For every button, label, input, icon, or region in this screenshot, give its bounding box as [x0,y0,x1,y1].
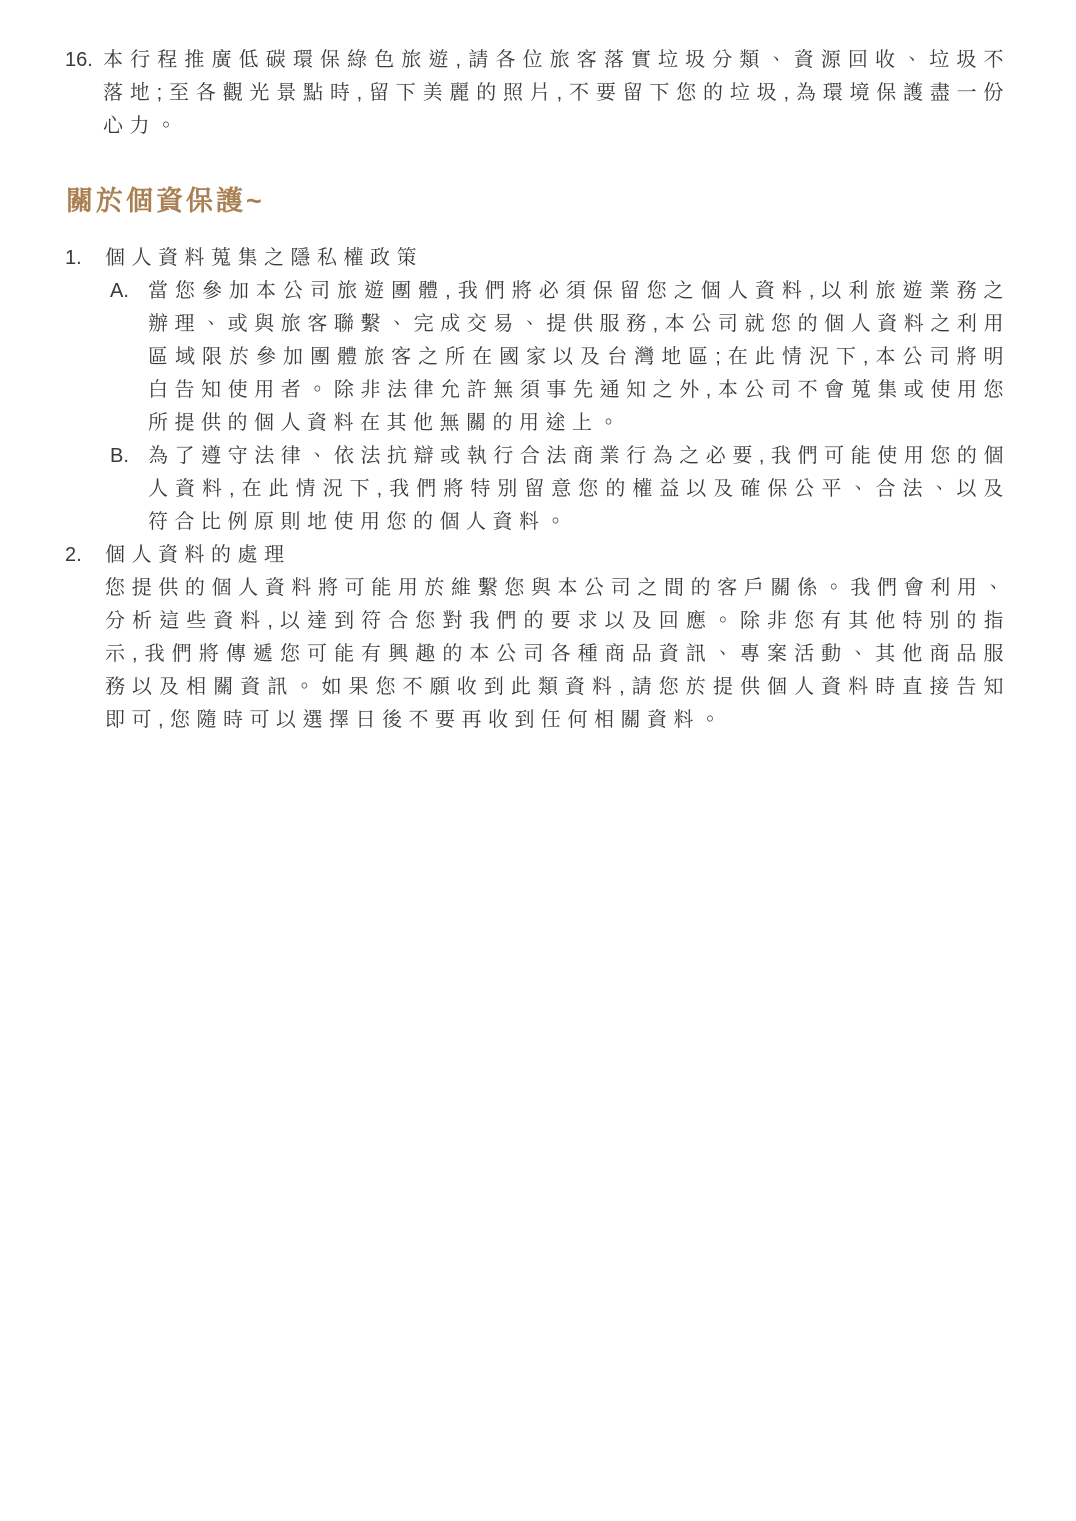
notice-item-number: 16. [65,44,103,77]
privacy-item-body: 您提供的個人資料將可能用於維繫您與本公司之間的客戶關係。我們會利用、分析這些資料… [105,572,1010,737]
subitem-label: B. [110,440,148,473]
privacy-item-number: 2. [65,539,105,572]
privacy-item-title: 個人資料蒐集之隱私權政策 [105,242,1010,275]
privacy-section-heading: 關於個資保護~ [66,184,1010,218]
notice-item-16: 16. 本行程推廣低碳環保綠色旅遊,請各位旅客落實垃圾分類、資源回收、垃圾不落地… [65,44,1010,143]
privacy-subitem-a: A. 當您參加本公司旅遊團體,我們將必須保留您之個人資料,以利旅遊業務之辦理、或… [110,275,1010,440]
privacy-item-2: 2. 個人資料的處理 [65,539,1010,572]
document-page: 16. 本行程推廣低碳環保綠色旅遊,請各位旅客落實垃圾分類、資源回收、垃圾不落地… [0,0,1076,1521]
privacy-item-1: 1. 個人資料蒐集之隱私權政策 [65,242,1010,275]
subitem-label: A. [110,275,148,308]
privacy-item-number: 1. [65,242,105,275]
subitem-text: 為了遵守法律、依法抗辯或執行合法商業行為之必要,我們可能使用您的個人資料,在此情… [148,440,1010,539]
privacy-subitem-b: B. 為了遵守法律、依法抗辯或執行合法商業行為之必要,我們可能使用您的個人資料,… [110,440,1010,539]
privacy-item-title: 個人資料的處理 [105,539,1010,572]
subitem-text: 當您參加本公司旅遊團體,我們將必須保留您之個人資料,以利旅遊業務之辦理、或與旅客… [148,275,1010,440]
notice-item-text: 本行程推廣低碳環保綠色旅遊,請各位旅客落實垃圾分類、資源回收、垃圾不落地;至各觀… [103,44,1010,143]
